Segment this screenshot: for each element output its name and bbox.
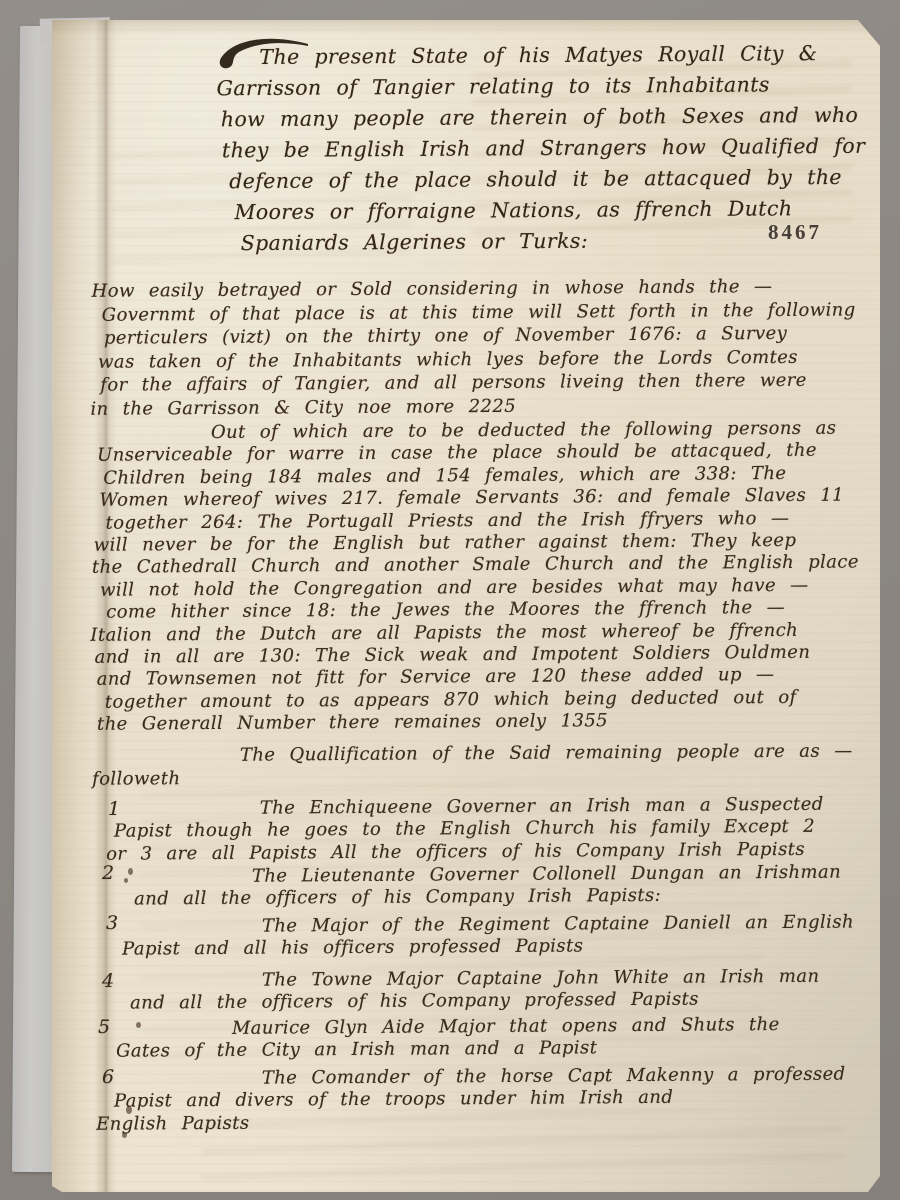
top-edge-shading <box>52 20 880 36</box>
text-line: followeth <box>92 762 872 790</box>
text-line: Papist and all his officers professed Pa… <box>122 934 890 962</box>
numbered-item-3: The Major of the Regiment Captaine Danie… <box>100 911 890 961</box>
numbered-item-4: The Towne Major Captaine John White an I… <box>100 965 890 1015</box>
manuscript-page: The present State of his Matyes Royall C… <box>52 20 880 1192</box>
text-line: Gates of the City an Irish man and a Pap… <box>116 1036 890 1064</box>
manuscript-photograph: The present State of his Matyes Royall C… <box>0 0 900 1200</box>
title-line: Garrisson of Tangier relating to its Inh… <box>216 69 873 105</box>
text-line: and all the officers of his Company Iris… <box>134 884 890 912</box>
title-line: they be English Irish and Strangers how … <box>222 131 874 167</box>
text-line: in the Garrisson & City noe more 2225 <box>90 392 888 421</box>
numbered-item-1: The Enchiqueene Governer an Irish man a … <box>100 793 890 866</box>
text-line: The Quallification of the Said remaining… <box>240 739 872 766</box>
text-line: English Papists <box>96 1108 890 1136</box>
text-line: and all the officers of his Company prof… <box>130 988 890 1016</box>
numbered-item-2: The Lieutenante Governer Collonell Dunga… <box>100 861 890 911</box>
paragraph-1: How easily betrayed or Sold considering … <box>88 274 889 421</box>
title-line: how many people are therein of both Sexe… <box>221 100 874 136</box>
numbered-item-5: Maurice Glyn Aide Major that opens and S… <box>100 1013 890 1063</box>
numbered-item-6: The Comander of the horse Capt Makenny a… <box>100 1063 890 1136</box>
title-line: defence of the place should it be attacq… <box>229 162 874 198</box>
paragraph-3: The Quallification of the Said remaining… <box>92 739 872 790</box>
paragraph-2: Out of which are to be deducted the foll… <box>89 417 891 736</box>
text-line: the Generall Number there remaines onely… <box>97 708 891 736</box>
title-line: The present State of his Matyes Royall C… <box>259 38 873 73</box>
folio-number-stamp: 8467 <box>768 220 822 245</box>
